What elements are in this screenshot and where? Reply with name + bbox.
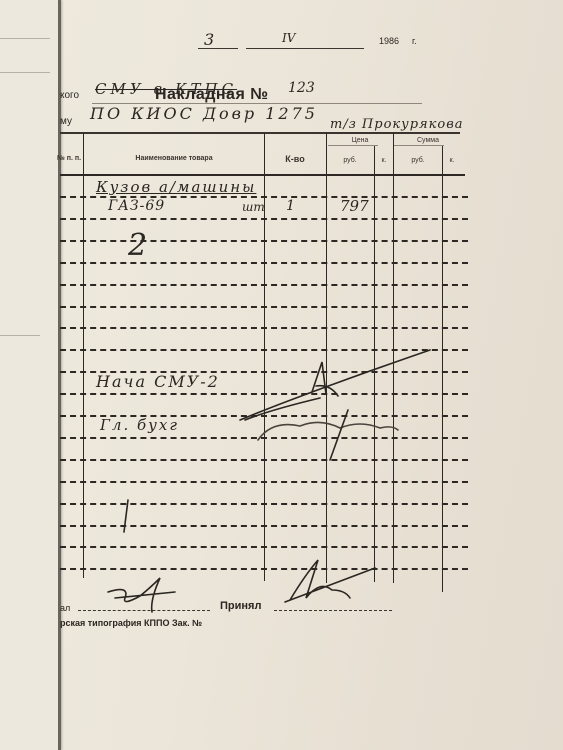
received-line	[274, 610, 392, 611]
printer-imprint: рская типография КППО Зак. №	[60, 618, 202, 628]
released-label: ал	[60, 603, 70, 613]
received-label: Принял	[220, 600, 261, 612]
signatures	[0, 0, 563, 750]
released-line	[78, 610, 210, 611]
